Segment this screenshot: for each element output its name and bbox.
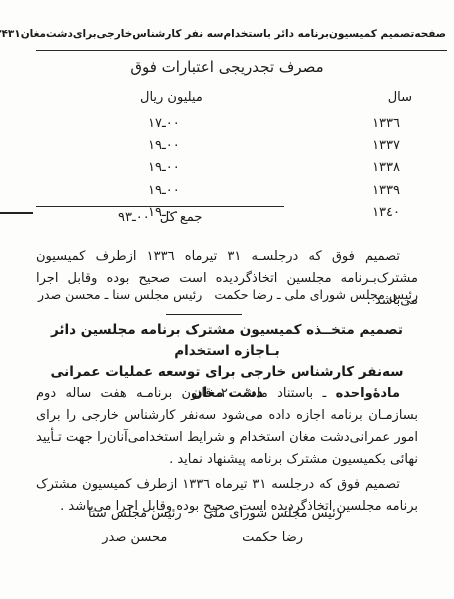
signature-name: رضا حکمت	[203, 530, 342, 545]
running-title: تصمیم کمیسیون‌برنامه دائر باستخدام‌سه نف…	[21, 28, 415, 40]
signature-title: رئیس مجلس سنا	[88, 506, 182, 521]
section-separator-rule	[166, 314, 242, 315]
speaker-majlis-signature: رئیس مجلس شورای ملی ـ رضا حکمت	[214, 287, 418, 302]
year-cell: ١٣٣٦	[372, 116, 400, 131]
single-article-paragraph: مادۀواحده ـ باستناد مادۀ ٢٠ قانون برنامـ…	[36, 383, 418, 471]
year-cell: ١٣٣٩	[372, 183, 400, 198]
left-edge-dash	[0, 212, 33, 214]
year-column-header: سال	[388, 90, 412, 105]
total-value: ٩٣ـ٠٠	[118, 210, 150, 225]
scanned-gazette-page: صفحه تصمیم کمیسیون‌برنامه دائر باستخدام‌…	[0, 0, 454, 599]
total-label: جمع کل	[160, 210, 203, 225]
credits-section-title: مصرف تجدریجی اعتبارات فوق	[0, 58, 454, 76]
decision-heading-line1: تصمیم متخــذه کمیسیون مشترک برنامه مجلسی…	[40, 320, 414, 362]
page-number: ٢۴٣١	[0, 28, 21, 40]
page-running-head: صفحه تصمیم کمیسیون‌برنامه دائر باستخدام‌…	[76, 28, 446, 40]
table-row: ١٣٣٧ ١٩ـ٠٠	[148, 134, 400, 156]
year-cell: ١٣٣٨	[372, 160, 400, 175]
credits-table-header: سال میلیون ریال	[140, 90, 412, 105]
signature-name: محسن صدر	[88, 530, 182, 545]
table-row: ١٣٣٦ ١٧ـ٠٠	[148, 112, 400, 134]
total-divider-rule	[36, 206, 284, 207]
total-row: جمع کل ٩٣ـ٠٠	[118, 210, 202, 225]
value-column-header: میلیون ریال	[140, 90, 203, 105]
ratification-paragraph: تصمیم فوق که درجلسـه ٣١ تیرماه ١٣٣٦ ازطر…	[36, 246, 418, 312]
page-label: صفحه	[414, 28, 446, 40]
year-cell: ١٣٣٧	[372, 138, 400, 153]
article-label: مادۀواحده	[336, 386, 400, 401]
inline-signature-line: رئیس مجلس شورای ملی ـ رضا حکمت رئیس مجلس…	[38, 287, 418, 302]
signature-block-majlis: رئیس مجلس شورای ملی رضا حکمت	[203, 506, 342, 545]
header-divider-rule	[36, 50, 447, 51]
value-cell: ١٩ـ٠٠	[148, 183, 180, 198]
table-row: ١٣٣٨ ١٩ـ٠٠	[148, 157, 400, 179]
value-cell: ١٧ـ٠٠	[148, 116, 180, 131]
value-cell: ١٩ـ٠٠	[148, 138, 180, 153]
table-row: ١٣٣٩ ١٩ـ٠٠	[148, 179, 400, 201]
signature-block-senate: رئیس مجلس سنا محسن صدر	[88, 506, 182, 545]
signature-title: رئیس مجلس شورای ملی	[203, 506, 342, 521]
credits-table: ١٣٣٦ ١٧ـ٠٠ ١٣٣٧ ١٩ـ٠٠ ١٣٣٨ ١٩ـ٠٠ ١٣٣٩ ١٩…	[148, 112, 400, 224]
value-cell: ١٩ـ٠٠	[148, 160, 180, 175]
year-cell: ١٣٤٠	[372, 205, 400, 220]
speaker-senate-signature: رئیس مجلس سنا ـ محسن صدر	[38, 287, 202, 302]
